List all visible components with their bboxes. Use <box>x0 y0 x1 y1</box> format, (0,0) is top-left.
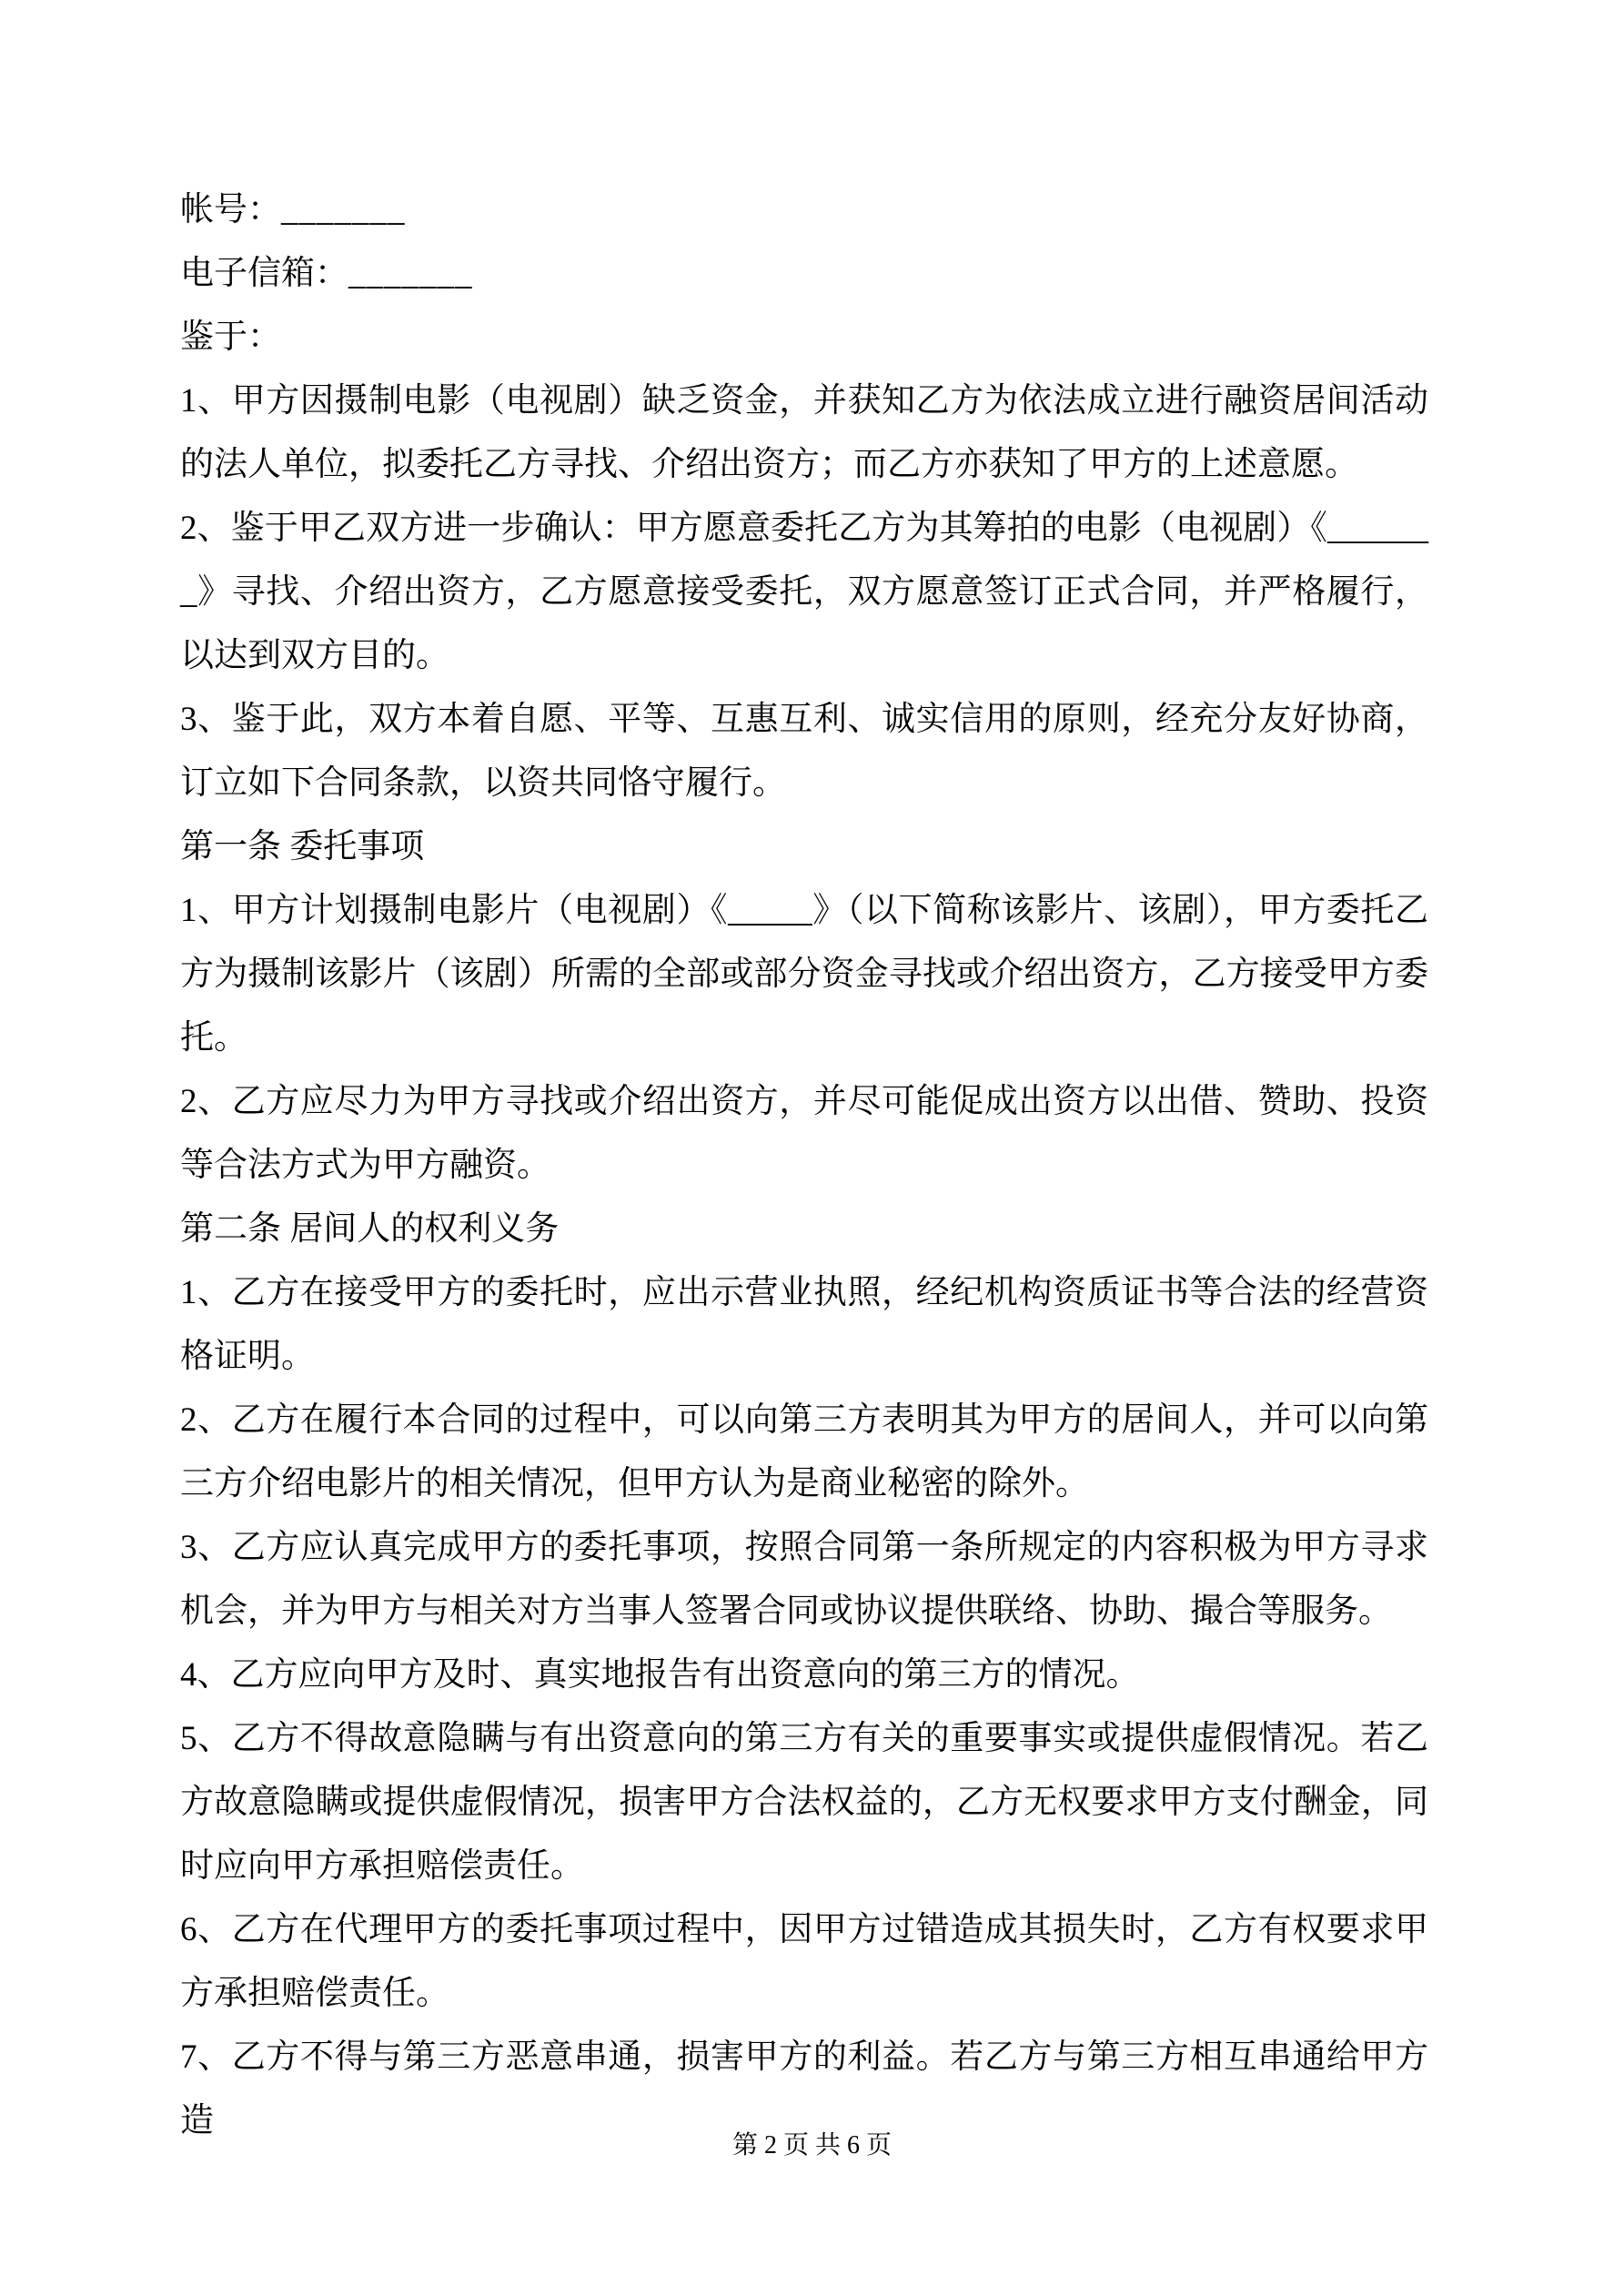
section-2-clause-3: 3、乙方应认真完成甲方的委托事项，按照合同第一条所规定的内容积极为甲方寻求机会，… <box>180 1516 1428 1644</box>
section-1-clause-1: 1、甲方计划摄制电影片（电视剧）《_____》（以下简称该影片、该剧），甲方委托… <box>180 879 1428 1070</box>
page-footer: 第 2 页 共 6 页 <box>0 2128 1624 2164</box>
section-2-clause-1: 1、乙方在接受甲方的委托时，应出示营业执照，经纪机构资质证书等合法的经营资格证明… <box>180 1261 1428 1389</box>
field-email: 电子信箱：_______ <box>180 242 1428 306</box>
document-body: 帐号：_______ 电子信箱：_______ 鉴于： 1、甲方因摄制电影（电视… <box>180 178 1428 2153</box>
recital-3: 3、鉴于此，双方本着自愿、平等、互惠互利、诚实信用的原则，经充分友好协商，订立如… <box>180 688 1428 815</box>
section-1-heading: 第一条 委托事项 <box>180 815 1428 879</box>
recital-1: 1、甲方因摄制电影（电视剧）缺乏资金，并获知乙方为依法成立进行融资居间活动的法人… <box>180 369 1428 497</box>
section-2-clause-6: 6、乙方在代理甲方的委托事项过程中，因甲方过错造成其损失时，乙方有权要求甲方承担… <box>180 1898 1428 2026</box>
section-2-clause-5: 5、乙方不得故意隐瞒与有出资意向的第三方有关的重要事实或提供虚假情况。若乙方故意… <box>180 1707 1428 1898</box>
section-1-clause-2: 2、乙方应尽力为甲方寻找或介绍出资方，并尽可能促成出资方以出借、赞助、投资等合法… <box>180 1070 1428 1198</box>
section-2-heading: 第二条 居间人的权利义务 <box>180 1198 1428 1261</box>
field-email-blank: _______ <box>348 255 473 292</box>
section-2-clause-4: 4、乙方应向甲方及时、真实地报告有出资意向的第三方的情况。 <box>180 1644 1428 1707</box>
recital-2: 2、鉴于甲乙双方进一步确认：甲方愿意委托乙方为其筹拍的电影（电视剧）《_____… <box>180 497 1428 688</box>
field-account-blank: _______ <box>281 191 406 228</box>
section-2-clause-2: 2、乙方在履行本合同的过程中，可以向第三方表明其为甲方的居间人，并可以向第三方介… <box>180 1389 1428 1516</box>
field-account-label: 帐号： <box>180 191 281 228</box>
whereas-label: 鉴于： <box>180 306 1428 369</box>
field-account: 帐号：_______ <box>180 178 1428 242</box>
field-email-label: 电子信箱： <box>180 255 348 292</box>
